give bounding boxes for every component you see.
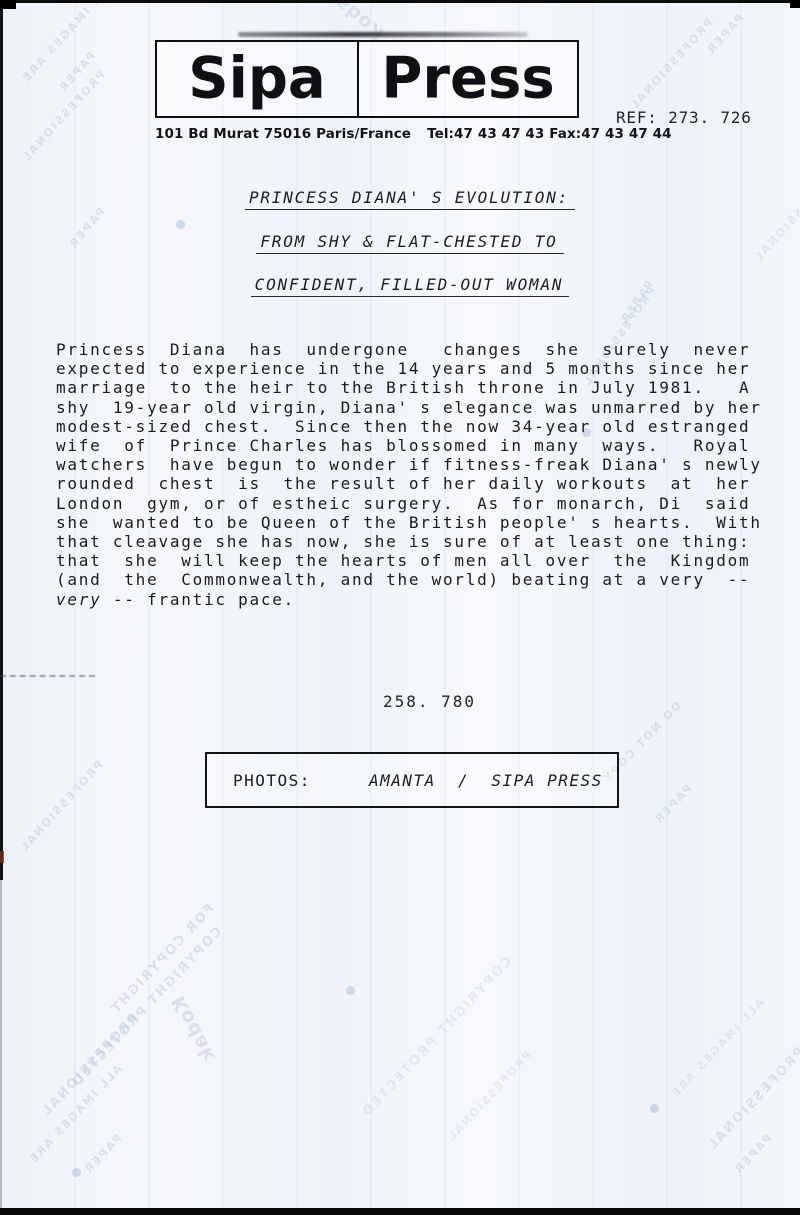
body-line: modest-sized chest. Since then the now 3… <box>56 417 771 436</box>
watermark-text: PROFESSIONAL <box>444 1049 534 1144</box>
watermark-text: PAPER <box>81 1132 124 1177</box>
reference-code: REF: 273. 726 <box>616 108 752 127</box>
scan-corner-mark <box>0 0 16 9</box>
body-line: rounded chest is the result of her daily… <box>56 474 771 493</box>
watermark-dot <box>72 1168 81 1177</box>
watermark-text: ALL IMAGES ARE <box>26 1062 125 1166</box>
article-body: Princess Diana has undergone changes she… <box>56 340 771 609</box>
body-line: London gym, or of estheic surgery. As fo… <box>56 494 771 513</box>
watermark-text: FOR COPYRIGHT <box>108 901 218 1017</box>
body-line: Princess Diana has undergone changes she… <box>56 340 771 359</box>
headline: PRINCESS DIANA' S EVOLUTION: FROM SHY & … <box>55 188 765 319</box>
body-line-last: very -- frantic pace. <box>56 590 771 609</box>
body-line: that she will keep the hearts of men all… <box>56 551 771 570</box>
logo-cell-right: Press <box>359 42 577 116</box>
scan-smudge-line <box>238 32 528 37</box>
body-italic-word: very <box>56 590 102 609</box>
body-line: that cleavage she has now, she is sure o… <box>56 532 771 551</box>
watermark-text: PAPER <box>55 50 98 96</box>
agency-tel-fax: Tel:47 43 47 43 Fax:47 43 47 44 <box>427 126 672 142</box>
agency-logo-box: Sipa Press <box>155 40 579 118</box>
scan-edge-top <box>0 0 800 3</box>
agency-address-row: 101 Bd Murat 75016 Paris/France Tel:47 4… <box>155 126 625 142</box>
body-line: watchers have begun to wonder if fitness… <box>56 455 771 474</box>
scan-corner-mark <box>790 0 800 8</box>
scan-edge-left <box>0 0 3 880</box>
body-line: (and the Commonwealth, and the world) be… <box>56 570 771 589</box>
scan-red-mark <box>0 851 4 863</box>
watermark-text: Kodak <box>319 0 388 44</box>
body-line: she wanted to be Queen of the British pe… <box>56 513 771 532</box>
logo-cell-left: Sipa <box>157 42 359 116</box>
secondary-reference-number: 258. 780 <box>383 692 476 711</box>
headline-line-3: CONFIDENT, FILLED-OUT WOMAN <box>55 275 765 319</box>
scan-edge-left-faint <box>0 880 2 1215</box>
photo-credit-box: PHOTOS: AMANTA / SIPA PRESS <box>205 752 619 808</box>
body-line: wife of Prince Charles has blossomed in … <box>56 436 771 455</box>
scanned-press-document: PROFESSIONAL PAPER ALL IMAGES ARE Kodak … <box>0 0 800 1215</box>
watermark-text: PAPER <box>651 782 695 827</box>
body-last-rest: -- frantic pace. <box>102 590 296 609</box>
headline-line-1: PRINCESS DIANA' S EVOLUTION: <box>55 188 765 232</box>
agency-address: 101 Bd Murat 75016 Paris/France <box>155 126 411 142</box>
watermark-dot <box>346 986 355 995</box>
logo-text-sipa: Sipa <box>188 50 325 107</box>
watermark-text: ALL IMAGES ARE <box>19 0 116 85</box>
watermark-text: PROFESSIONAL <box>17 758 106 855</box>
watermark-text: PAPER <box>731 1132 774 1177</box>
watermark-text: COPYRIGHT PROTECTED <box>359 954 516 1121</box>
body-line: expected to experience in the 14 years a… <box>56 359 771 378</box>
fold-line <box>0 675 95 677</box>
watermark-dot <box>650 1104 659 1113</box>
photos-label: PHOTOS: <box>233 771 311 790</box>
scan-edge-bottom <box>0 1208 800 1215</box>
body-line: marriage to the heir to the British thro… <box>56 378 771 397</box>
watermark-text: PAPER <box>703 12 746 58</box>
watermark-text: Kodak <box>167 992 220 1065</box>
watermark-text: PROFESSIONAL <box>704 1045 800 1154</box>
watermark-text: COPYRIGHT PROTECTED <box>69 924 226 1091</box>
watermark-text: ALL IMAGES ARE <box>668 996 767 1100</box>
watermark-text: PROFESSIONAL <box>627 16 716 113</box>
photos-credit: AMANTA / SIPA PRESS <box>369 771 603 790</box>
headline-line-2: FROM SHY & FLAT-CHESTED TO <box>55 232 765 276</box>
body-line: shy 19-year old virgin, Diana' s eleganc… <box>56 398 771 417</box>
logo-text-press: Press <box>381 50 554 107</box>
watermark-text: PROFESSIONAL <box>19 68 108 165</box>
watermark-text: PROFESSIONAL <box>38 1011 141 1120</box>
